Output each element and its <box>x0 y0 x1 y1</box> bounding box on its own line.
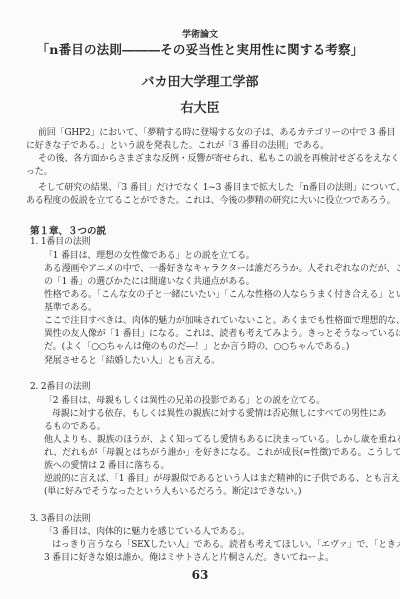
section-heading-2: 2. 2番目の法則 <box>30 381 90 394</box>
intro-line: ある程度の仮説を立てることができた。これは、今後の夢精の研究に大いに役立つであろ… <box>26 195 396 208</box>
section-line: 発展させると「結婚したい人」とも言える。 <box>44 355 220 368</box>
section-line: 「1 番目は、理想の女性像である」との説を立てる。 <box>44 250 255 263</box>
section-line: の「1 番」の選びかたには間違いなく共通点がある。 <box>44 276 255 289</box>
section-line: 逆説的に言えば、「1 番目」が母親似であるという人はまだ精神的に子供である、とも… <box>44 473 400 486</box>
section-line: 3 番目に好きな娘は誰か。俺はミサトさんと片桐さんだ。きいてねーよ。 <box>44 552 334 565</box>
affiliation: バカ田大学理工学部 <box>0 71 400 90</box>
author: 右大臣 <box>0 97 400 116</box>
section-line: 族への愛情は 2 番目に落ちる。 <box>44 460 169 473</box>
section-line: るものである。 <box>44 421 106 434</box>
section-line: 母親に対する依存、もしくは異性の親族に対する愛情は否応無しにすべての男性にあ <box>52 408 386 421</box>
intro-line: その後、各方面からさまざまな反例・反響が寄せられ、私もこの説を再検討せざるをえな… <box>38 153 400 166</box>
paper-title: 「n番目の法則―――その妥当性と実用性に関する考察」 <box>0 40 400 58</box>
section-line: ここで注目すべきは、肉体的魅力が加味されていないこと。あくまでも性格面で理想的な… <box>44 315 400 328</box>
intro-line: 前回「GHP2」において、「夢精する時に登場する女の子は、あるカテゴリーの中で … <box>38 127 395 140</box>
intro-line: った。 <box>26 166 52 179</box>
page-number: 63 <box>0 568 400 582</box>
section-line: 基準である。 <box>44 302 97 315</box>
section-line: 異性の友人像が「1 番目」になる。これは、読者も考えてみよう。きっとそうなってい… <box>44 328 400 341</box>
section-heading-3: 3. 3番目の法則 <box>30 513 90 526</box>
kicker: 学術論文 <box>0 27 400 40</box>
section-line: 他人よりも、親族のほうが、よく知ってるし愛情もあるに決まっている。しかし歳を重ね… <box>44 434 400 447</box>
section-line: はっきり言うなら「SEXしたい人」である。読者も考えてほしい。「エヴァ」で、「と… <box>52 539 400 552</box>
chapter-heading: 第１章、３つの説 <box>30 223 106 237</box>
section-line: 性格である。「こんな女の子と一緒にいたい」「こんな性格の人ならうまく付き合える」… <box>44 289 400 302</box>
section-line: (単に好みでそうなったという人もいるだろう。断定はできない。) <box>44 486 301 499</box>
section-line: れ、だれもが「母親とはちがう誰か」を好きになる。これが成長(=性徴)である。こう… <box>44 447 400 460</box>
section-line: ある漫画やアニメの中で、一番好きなキャラクターは誰だろうか。人それぞれなのだが、… <box>44 263 400 276</box>
section-line: 「3 番目は、肉体的に魅力を感じている人である」。 <box>44 526 250 539</box>
section-line: だ。(よく「○○ちゃんは俺のものだ―！」とか言う時の、○○ちゃんである。) <box>44 341 349 354</box>
intro-line: に好きな子である。」という説を発表した。これが「3 番目の法則」である。 <box>26 140 329 153</box>
section-heading-1: 1. 1番目の法則 <box>30 236 90 249</box>
intro-line: そして研究の結果、「3 番目」だけでなく 1~3 番目まで拡大した「n番目の法則… <box>38 182 400 195</box>
section-line: 「2 番目は、母親もしくは異性の兄弟の投影である」との説を立てる。 <box>44 395 325 408</box>
